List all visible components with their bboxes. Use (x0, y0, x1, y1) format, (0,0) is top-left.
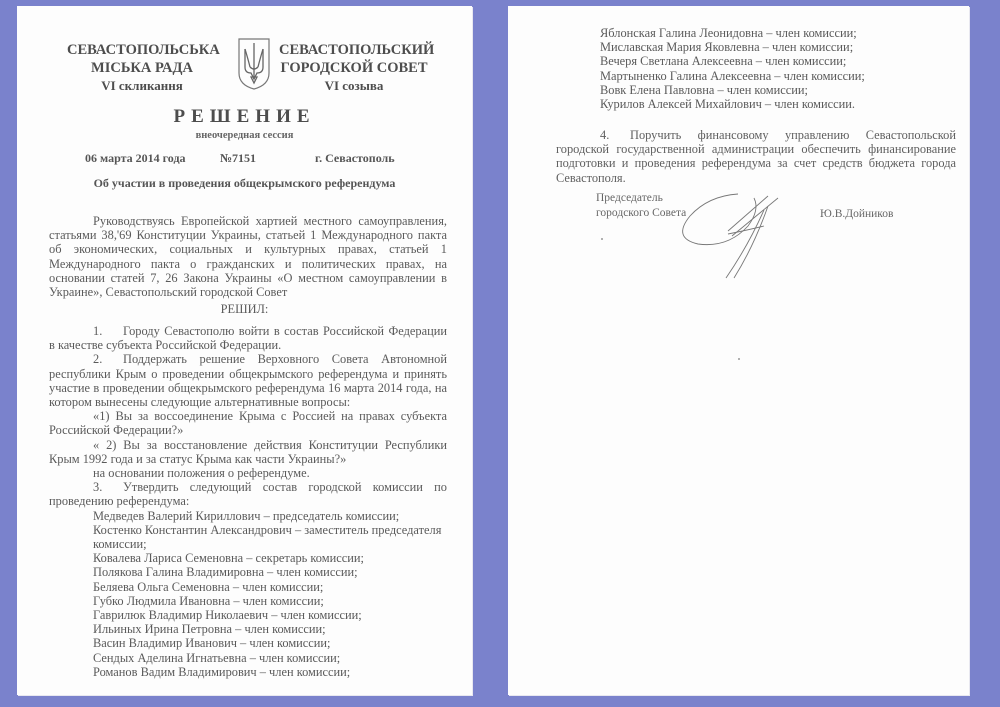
commission-member: Губко Людмила Ивановна – член комиссии; (49, 594, 447, 608)
document-page-2: Яблонская Галина Леонидовна – член комис… (508, 6, 969, 695)
commission-member: Медведев Валерий Кириллович – председате… (49, 509, 447, 523)
item-4-number: 4. (600, 128, 630, 142)
item-1: 1.Городу Севастополю войти в состав Росс… (49, 324, 447, 352)
commission-member: Гаврилюк Владимир Николаевич – член коми… (49, 608, 447, 622)
commission-member: Яблонская Галина Леонидовна – член комис… (556, 26, 936, 40)
document-title: РЕШЕНИЕ (17, 106, 472, 128)
item-3: 3.Утвердить следующий состав городской к… (49, 480, 447, 508)
commission-member: Ильиных Ирина Петровна – член комиссии; (49, 622, 447, 636)
commission-member: Полякова Галина Владимировна – член коми… (49, 565, 447, 579)
commission-members-list-continued: Яблонская Галина Леонидовна – член комис… (556, 26, 936, 111)
commission-member: Ковалева Лариса Семеновна – секретарь ко… (49, 551, 447, 565)
document-date: 06 марта 2014 года (85, 151, 186, 166)
item-2-number: 2. (93, 352, 123, 366)
commission-member: Курилов Алексей Михайлович – член комисс… (556, 97, 936, 111)
scan-speck (738, 358, 740, 360)
commission-member: Костенко Константин Александрович – заме… (49, 523, 447, 551)
commission-members-list: Медведев Валерий Кириллович – председате… (49, 509, 447, 679)
council-name-ukrainian: СЕВАСТОПОЛЬСЬКА МІСЬКА РАДА VI скликання (67, 41, 217, 95)
ua-name-line2: МІСЬКА РАДА (67, 59, 217, 77)
document-number: №7151 (220, 151, 256, 166)
item-3-number: 3. (93, 480, 123, 494)
session-type: внеочередная сессия (17, 130, 472, 141)
handwritten-signature-icon (668, 186, 798, 281)
ua-convocation: VI скликання (67, 77, 217, 95)
question-1: «1) Вы за воссоединение Крыма с Россией … (49, 409, 447, 437)
commission-member: Мартыненко Галина Алексеевна – член коми… (556, 69, 936, 83)
item-4: 4.Поручить финансовому управлению Севаст… (556, 128, 956, 185)
trident-coat-of-arms-icon (237, 37, 271, 91)
commission-member: Беляева Ольга Семеновна – член комиссии; (49, 580, 447, 594)
commission-member: Васин Владимир Иванович – член комиссии; (49, 636, 447, 650)
commission-member: Миславская Мария Яковлевна – член комисс… (556, 40, 936, 54)
preamble: Руководствуясь Европейской хартией местн… (49, 214, 447, 299)
item-2: 2.Поддержать решение Верховного Совета А… (49, 352, 447, 409)
resolution-items: 1.Городу Севастополю войти в состав Росс… (49, 324, 447, 679)
commission-member: Вовк Елена Павловна – член комиссии; (556, 83, 936, 97)
document-subject: Об участии в проведения общекрымского ре… (17, 176, 472, 191)
item-1-number: 1. (93, 324, 123, 338)
council-name-russian: СЕВАСТОПОЛЬСКИЙ ГОРОДСКОЙ СОВЕТ VI созыв… (279, 41, 429, 95)
scan-speck (601, 238, 603, 240)
ru-name-line1: СЕВАСТОПОЛЬСКИЙ (279, 41, 429, 59)
ru-convocation: VI созыва (279, 77, 429, 95)
ua-name-line1: СЕВАСТОПОЛЬСЬКА (67, 41, 217, 59)
commission-member: Романов Вадим Владимирович – член комисс… (49, 665, 447, 679)
resolved-heading: РЕШИЛ: (17, 302, 472, 317)
document-city: г. Севастополь (315, 151, 395, 166)
question-2: « 2) Вы за восстановление действия Конст… (49, 438, 447, 466)
referendum-basis: на основании положения о референдуме. (49, 466, 447, 480)
signatory-name: Ю.В.Дойников (820, 208, 893, 220)
commission-member: Сендых Аделина Игнатьевна – член комисси… (49, 651, 447, 665)
ru-name-line2: ГОРОДСКОЙ СОВЕТ (279, 59, 429, 77)
document-page-1: СЕВАСТОПОЛЬСЬКА МІСЬКА РАДА VI скликання… (17, 6, 472, 695)
commission-member: Вечеря Светлана Алексеевна – член комисс… (556, 54, 936, 68)
commission-members-continued: Яблонская Галина Леонидовна – член комис… (556, 26, 936, 111)
